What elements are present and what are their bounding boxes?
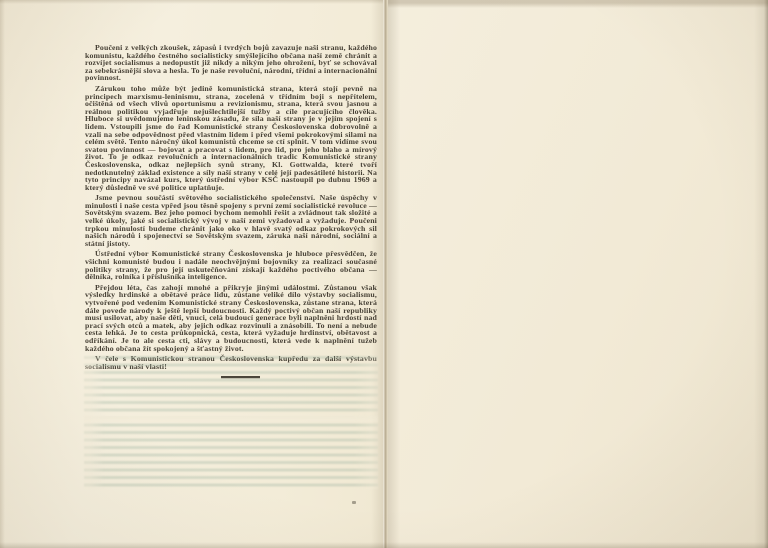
left-page: Poučeni z velkých zkoušek, zápasů i tvrd… xyxy=(0,0,385,548)
paragraph-5: Přejdou léta, čas zahojí mnohé a přikryj… xyxy=(85,284,377,352)
right-page xyxy=(388,0,768,548)
paragraph-2: Zárukou toho může být jedině komunistick… xyxy=(85,85,377,191)
book-spread: Poučeni z velkých zkoušek, zápasů i tvrd… xyxy=(0,0,768,548)
ink-speck xyxy=(352,501,356,504)
paragraph-4: Ústřední výbor Komunistické strany Česko… xyxy=(85,250,377,280)
showthrough-text xyxy=(84,356,378,489)
body-text: Poučeni z velkých zkoušek, zápasů i tvrd… xyxy=(85,44,377,378)
paragraph-1: Poučeni z velkých zkoušek, zápasů i tvrd… xyxy=(85,44,377,82)
paragraph-3: Jsme pevnou součástí světového socialist… xyxy=(85,194,377,247)
